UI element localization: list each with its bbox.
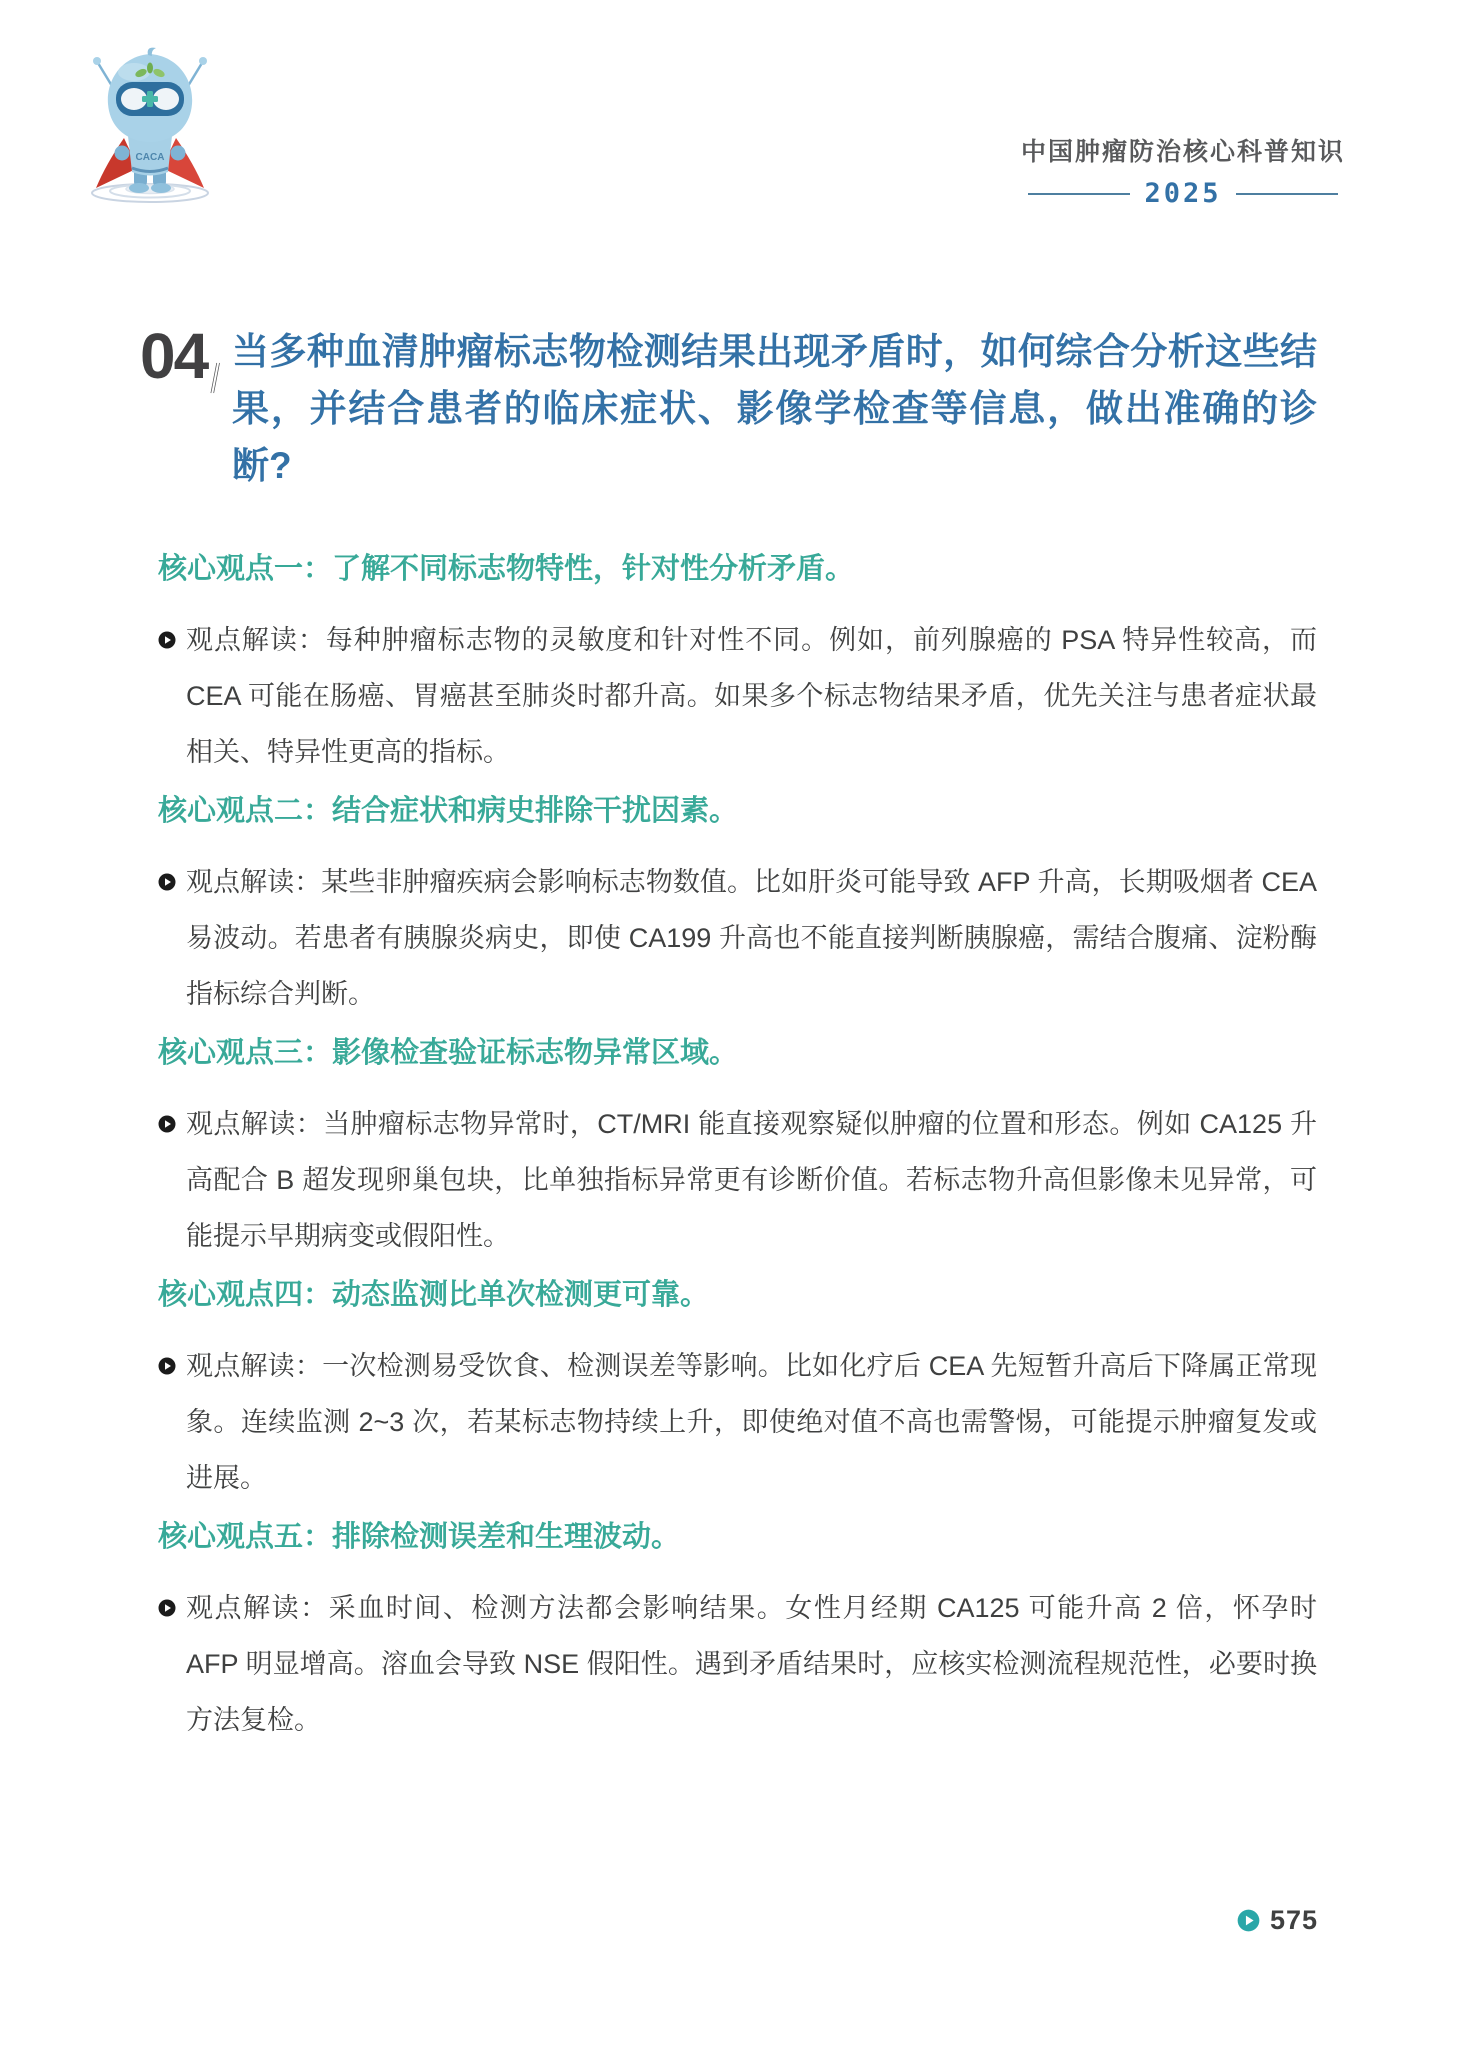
section-body-2: 观点解读：某些非肿瘤疾病会影响标志物数值。比如肝炎可能导致 AFP 升高，长期吸… [158, 854, 1317, 1022]
antenna-tip-left [93, 57, 101, 65]
section-body-3: 观点解读：当肿瘤标志物异常时，CT/MRI 能直接观察疑似肿瘤的位置和形态。例如… [158, 1096, 1317, 1264]
year-rule-left [1028, 193, 1130, 195]
play-bullet-icon [158, 1599, 176, 1617]
question-block: 04 当多种血清肿瘤标志物检测结果出现矛盾时，如何综合分析这些结果，并结合患者的… [140, 323, 1317, 494]
question-number-wrap: 04 [140, 323, 220, 429]
leaf-center [147, 63, 153, 74]
edition-year: 2025 [1144, 178, 1221, 209]
page-number-play-icon [1237, 1909, 1260, 1932]
foot-left [129, 183, 149, 193]
section-heading-3: 核心观点三：影像检查验证标志物异常区域。 [158, 1036, 1317, 1070]
antenna-tip-right [199, 57, 207, 65]
play-bullet-icon [158, 1357, 176, 1375]
arm-left [115, 146, 130, 161]
mascot-robot-graphic: CACA [78, 46, 228, 204]
question-title: 当多种血清肿瘤标志物检测结果出现矛盾时，如何综合分析这些结果，并结合患者的临床症… [232, 323, 1317, 494]
book-title: 中国肿瘤防治核心科普知识 [1021, 132, 1345, 168]
section-heading-1: 核心观点一：了解不同标志物特性，针对性分析矛盾。 [158, 552, 1317, 586]
play-bullet-icon [158, 1115, 176, 1133]
year-row: 2025 [1021, 178, 1345, 209]
section-heading-4: 核心观点四：动态监测比单次检测更可靠。 [158, 1278, 1317, 1312]
play-bullet-icon [158, 631, 176, 649]
foot-right [151, 183, 171, 193]
section-heading-5: 核心观点五：排除检测误差和生理波动。 [158, 1520, 1317, 1554]
main-content: 04 当多种血清肿瘤标志物检测结果出现矛盾时，如何综合分析这些结果，并结合患者的… [140, 323, 1317, 1748]
question-number: 04 [140, 323, 207, 389]
play-bullet-icon [158, 873, 176, 891]
document-page: CACA 中国肿瘤防治核心科普知识 2025 [0, 0, 1457, 2047]
plus-icon-bar [142, 96, 158, 102]
antenna-right [188, 63, 202, 86]
arm-right [171, 146, 186, 161]
section-body-1: 观点解读：每种肿瘤标志物的灵敏度和针对性不同。例如，前列腺癌的 PSA 特异性较… [158, 612, 1317, 780]
section-body-text: 观点解读：某些非肿瘤疾病会影响标志物数值。比如肝炎可能导致 AFP 升高，长期吸… [186, 854, 1317, 1022]
page-header: 中国肿瘤防治核心科普知识 2025 [1021, 132, 1345, 209]
section-body-text: 观点解读：采血时间、检测方法都会影响结果。女性月经期 CA125 可能升高 2 … [186, 1580, 1317, 1748]
section-body-4: 观点解读：一次检测易受饮食、检测误差等影响。比如化疗后 CEA 先短暂升高后下降… [158, 1338, 1317, 1506]
double-slash-decoration [210, 327, 220, 429]
section-body-text: 观点解读：一次检测易受饮食、检测误差等影响。比如化疗后 CEA 先短暂升高后下降… [186, 1338, 1317, 1506]
antenna-left [98, 63, 112, 86]
section-body-text: 观点解读：当肿瘤标志物异常时，CT/MRI 能直接观察疑似肿瘤的位置和形态。例如… [186, 1096, 1317, 1264]
page-number: 575 [1270, 1905, 1318, 1936]
year-rule-right [1236, 193, 1338, 195]
section-body-5: 观点解读：采血时间、检测方法都会影响结果。女性月经期 CA125 可能升高 2 … [158, 1580, 1317, 1748]
mascot-chest-label: CACA [136, 152, 165, 163]
section-heading-2: 核心观点二：结合症状和病史排除干扰因素。 [158, 794, 1317, 828]
page-footer: 575 [1237, 1905, 1318, 1936]
section-body-text: 观点解读：每种肿瘤标志物的灵敏度和针对性不同。例如，前列腺癌的 PSA 特异性较… [186, 612, 1317, 780]
